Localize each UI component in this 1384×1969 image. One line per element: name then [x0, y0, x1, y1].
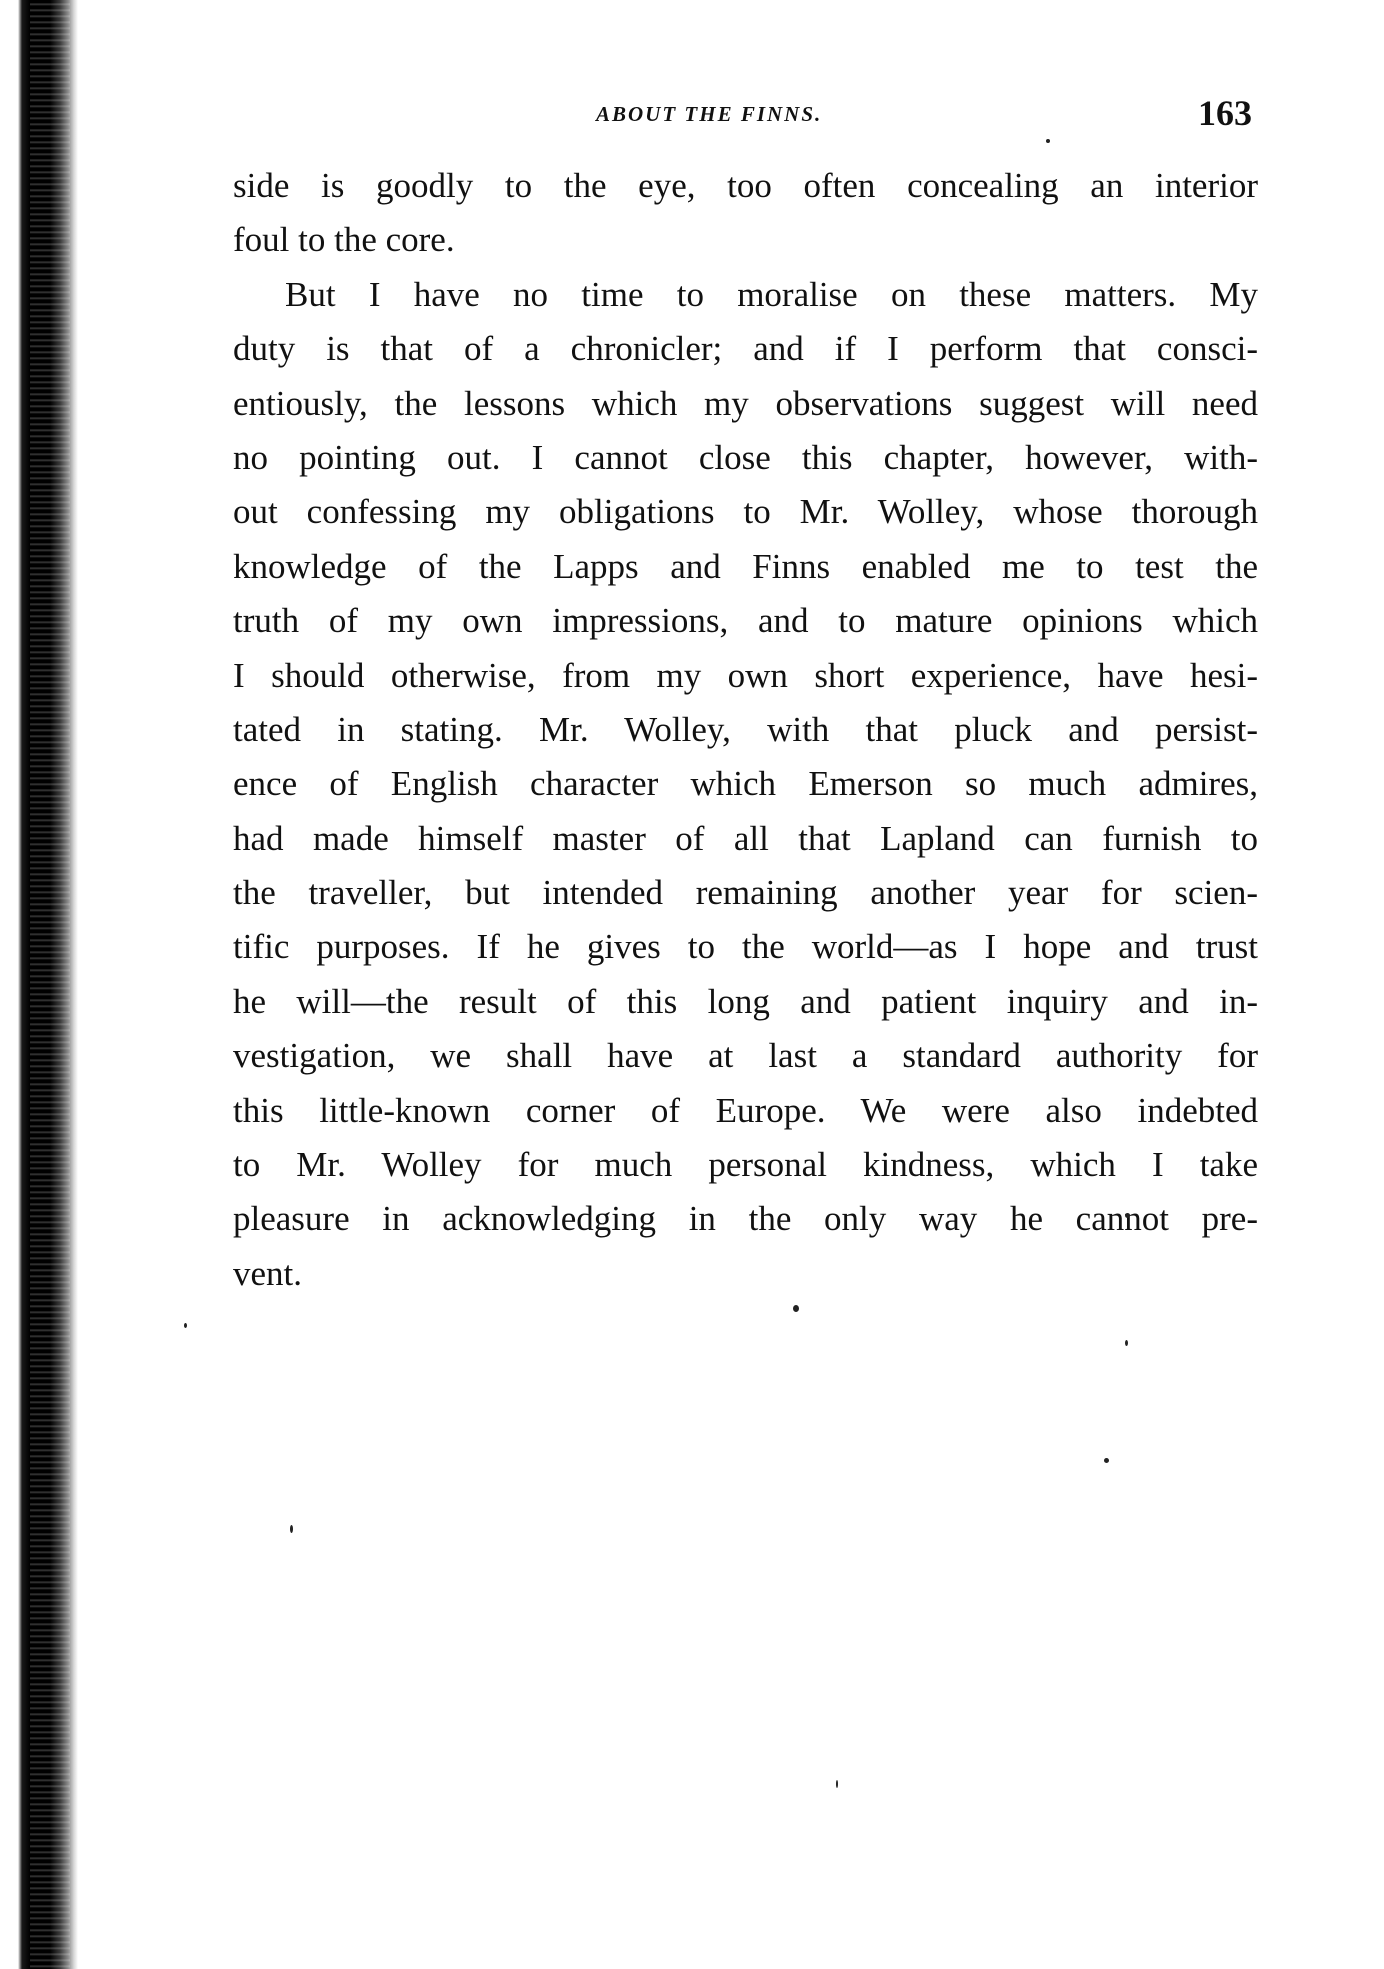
text-line: ence of English character which Emerson … [233, 757, 1258, 811]
text-line: he will—the result of this long and pati… [233, 975, 1258, 1029]
text-line: knowledge of the Lapps and Finns enabled… [233, 540, 1258, 594]
text-line: vestigation, we shall have at last a sta… [233, 1029, 1258, 1083]
scan-speck [1104, 1458, 1109, 1463]
text-line: this little-known corner of Europe. We w… [233, 1084, 1258, 1138]
scan-speck [793, 1305, 799, 1312]
text-line: to Mr. Wolley for much personal kindness… [233, 1138, 1258, 1192]
page-number: 163 [1198, 92, 1252, 134]
running-title: ABOUT THE FINNS. [596, 102, 822, 127]
text-line: But I have no time to moralise on these … [233, 268, 1258, 322]
text-line: side is goodly to the eye, too often con… [233, 159, 1258, 213]
text-line: tated in stating. Mr. Wolley, with that … [233, 703, 1258, 757]
text-line: truth of my own impressions, and to matu… [233, 594, 1258, 648]
scan-speck [1125, 1213, 1130, 1218]
body-text: side is goodly to the eye, too often con… [233, 159, 1258, 1301]
scan-speck [290, 1525, 293, 1533]
book-binding-edge [0, 0, 78, 1969]
text-line: entiously, the lessons which my observat… [233, 377, 1258, 431]
text-line: I should otherwise, from my own short ex… [233, 649, 1258, 703]
text-line: out confessing my obligations to Mr. Wol… [233, 485, 1258, 539]
scan-speck [184, 1323, 187, 1328]
text-line: no pointing out. I cannot close this cha… [233, 431, 1258, 485]
text-line: had made himself master of all that Lapl… [233, 812, 1258, 866]
running-head: ABOUT THE FINNS. 163 [0, 96, 1384, 136]
scan-speck [1046, 139, 1050, 143]
scan-speck [1125, 1340, 1128, 1346]
text-line: pleasure in acknowledging in the only wa… [233, 1192, 1258, 1246]
text-line: foul to the core. [233, 213, 1258, 267]
text-line: the traveller, but intended remaining an… [233, 866, 1258, 920]
scan-speck [836, 1780, 838, 1788]
text-line: tific purposes. If he gives to the world… [233, 920, 1258, 974]
text-line: duty is that of a chronicler; and if I p… [233, 322, 1258, 376]
text-line: vent. [233, 1247, 1258, 1301]
